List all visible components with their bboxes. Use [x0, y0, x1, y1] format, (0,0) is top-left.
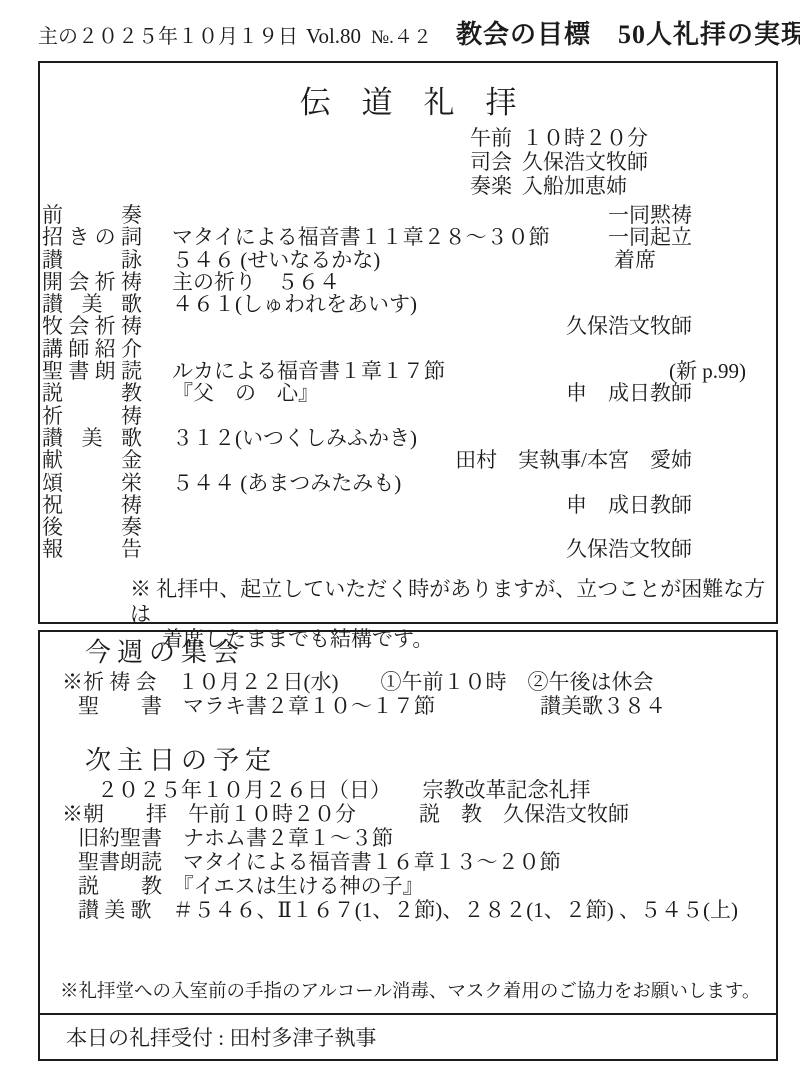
- program-item-content: 主の祈り ５６４: [172, 271, 692, 293]
- program-row: 報告久保浩文牧師: [40, 538, 776, 560]
- next-sunday-line: 讃 美 歌 ＃５４６、Ⅱ１６７(1、２節)、２８２(1、２節) 、５４５(上): [78, 898, 776, 922]
- program-item-content: [172, 338, 692, 360]
- program-item-label: 牧会祈祷: [42, 315, 142, 337]
- hygiene-note: ※礼拝堂への入室前の手指のアルコール消毒、マスク着用のご協力をお願いします。: [60, 977, 776, 1003]
- program-item-label: 献金: [42, 449, 142, 471]
- program-item-right: 一同黙祷: [608, 204, 776, 226]
- next-sunday-line: ２０２５年１０月２６日（日） 宗教改革記念礼拝: [97, 778, 776, 802]
- program-item-content: ５４４ (あまつみたみも): [172, 472, 692, 494]
- page-header: 主の２０２５年１０月１９日 Vol.80 №.４２ 教会の目標 50人礼拝の実現: [38, 14, 778, 51]
- program-item-content: ルカによる福音書１章１７節: [172, 360, 669, 382]
- program-row: 前奏一同黙祷: [40, 204, 776, 226]
- program-row: 讃詠５４６ (せいなるかな)着席: [40, 249, 776, 271]
- program-item-label: 報告: [42, 538, 142, 560]
- program-item-label: 開会祈祷: [42, 271, 142, 293]
- program-item-content: ３１２(いつくしみふかき): [172, 427, 692, 449]
- worship-info-label: 午前: [470, 126, 514, 150]
- program-item-label: 講師紹介: [42, 338, 142, 360]
- program-item-label: 前奏: [42, 204, 142, 226]
- this-week-line: 聖 書 マラキ書２章１０～１７節 讃美歌３８４: [78, 694, 776, 718]
- program-row: 招きの詞マタイによる福音書１１章２８～３０節一同起立: [40, 226, 776, 248]
- worship-info-value: １０時２０分: [522, 126, 648, 150]
- next-sunday-line: ※朝 拝 午前１０時２０分 説 教 久保浩文牧師: [62, 802, 776, 826]
- program-row: 牧会祈祷久保浩文牧師: [40, 315, 776, 337]
- program-item-label: 讃美歌: [42, 427, 142, 449]
- issue-date: 主の２０２５年１０月１９日: [38, 20, 298, 49]
- program-row: 開会祈祷主の祈り ５６４: [40, 271, 776, 293]
- program-item-right: [692, 427, 776, 449]
- announcements-box: 今週の集会 ※祈 祷 会 １０月２２日(水) ①午前１０時 ②午後は休会聖 書 …: [38, 630, 778, 1015]
- program-item-right: [692, 405, 776, 427]
- program-item-label: 後奏: [42, 516, 142, 538]
- program-item-label: 祈祷: [42, 405, 142, 427]
- program-item-right: 久保浩文牧師: [566, 538, 776, 560]
- worship-info-label: 司会: [470, 150, 514, 174]
- volume-number: Vol.80: [306, 24, 361, 49]
- worship-info-line: 司会久保浩文牧師: [470, 150, 776, 174]
- program-row: 講師紹介: [40, 338, 776, 360]
- this-week-lines: ※祈 祷 会 １０月２２日(水) ①午前１０時 ②午後は休会聖 書 マラキ書２章…: [40, 670, 776, 718]
- program-item-right: 田村 実執事/本宮 愛姉: [455, 449, 776, 471]
- program-row: 献金田村 実執事/本宮 愛姉: [40, 449, 776, 471]
- next-sunday-heading: 次主日の予定: [85, 744, 776, 778]
- next-sunday-line: 旧約聖書 ナホム書２章１～３節: [78, 826, 776, 850]
- program-item-content: [172, 494, 566, 516]
- program-item-right: [692, 516, 776, 538]
- program-item-right: 着席: [614, 249, 776, 271]
- program-item-right: 申 成日教師: [566, 382, 776, 404]
- worship-info-label: 奏楽: [470, 174, 514, 198]
- church-goal-slogan: 教会の目標 50人礼拝の実現: [456, 14, 800, 51]
- program-item-content: [172, 405, 692, 427]
- worship-info-value: 久保浩文牧師: [522, 150, 648, 174]
- program-item-right: 一同起立: [608, 226, 776, 248]
- program-item-right: [692, 472, 776, 494]
- worship-title: 伝 道 礼 拝: [40, 77, 776, 122]
- program-row: 後奏: [40, 516, 776, 538]
- worship-info-line: 午前１０時２０分: [470, 126, 776, 150]
- program-item-label: 説教: [42, 382, 142, 404]
- program-item-label: 頌栄: [42, 472, 142, 494]
- program-item-content: [172, 449, 455, 471]
- worship-info-list: 午前１０時２０分司会久保浩文牧師奏楽入船加恵姉: [40, 126, 776, 198]
- program-item-content: 『父 の 心』: [172, 382, 566, 404]
- program-item-content: [172, 538, 566, 560]
- program-item-right: [692, 271, 776, 293]
- this-week-heading: 今週の集会: [85, 636, 776, 670]
- program-item-right: [692, 293, 776, 315]
- program-row: 頌栄５４４ (あまつみたみも): [40, 472, 776, 494]
- program-item-right: 申 成日教師: [566, 494, 776, 516]
- program-row: 説教『父 の 心』申 成日教師: [40, 382, 776, 404]
- next-sunday-line: 説 教 『イエスは生ける神の子』: [78, 874, 776, 898]
- issue-number: №.４２: [371, 22, 432, 49]
- program-row: 聖書朗読ルカによる福音書１章１７節(新 p.99): [40, 360, 776, 382]
- worship-info-line: 奏楽入船加恵姉: [470, 174, 776, 198]
- spacer: [40, 922, 776, 977]
- worship-info-value: 入船加恵姉: [522, 174, 627, 198]
- program-item-content: [172, 204, 608, 226]
- program-item-label: 讃詠: [42, 249, 142, 271]
- program-item-label: 祝祷: [42, 494, 142, 516]
- program-row: 祈祷: [40, 405, 776, 427]
- reception-box: 本日の礼拝受付 : 田村多津子執事: [38, 1013, 778, 1061]
- program-item-label: 聖書朗読: [42, 360, 142, 382]
- standing-note-line1: ※ 礼拝中、起立していただく時がありますが、立つことが困難な方は: [130, 577, 776, 627]
- program-row: 讃美歌３１２(いつくしみふかき): [40, 427, 776, 449]
- program-list: 前奏一同黙祷招きの詞マタイによる福音書１１章２８～３０節一同起立讃詠５４６ (せ…: [40, 204, 776, 561]
- next-sunday-line: 聖書朗読 マタイによる福音書１６章１３～２０節: [78, 850, 776, 874]
- program-item-right: (新 p.99): [669, 360, 776, 382]
- reception-info: 本日の礼拝受付 : 田村多津子執事: [66, 1022, 376, 1052]
- program-item-right: [692, 338, 776, 360]
- program-item-content: ５４６ (せいなるかな): [172, 249, 614, 271]
- program-item-label: 招きの詞: [42, 226, 142, 248]
- program-item-content: マタイによる福音書１１章２８～３０節: [172, 226, 608, 248]
- program-row: 讃美歌４６１(しゅわれをあいす): [40, 293, 776, 315]
- this-week-line: ※祈 祷 会 １０月２２日(水) ①午前１０時 ②午後は休会: [62, 670, 776, 694]
- program-item-content: ４６１(しゅわれをあいす): [172, 293, 692, 315]
- worship-program-box: 伝 道 礼 拝 午前１０時２０分司会久保浩文牧師奏楽入船加恵姉 前奏一同黙祷招き…: [38, 61, 778, 624]
- program-item-right: 久保浩文牧師: [566, 315, 776, 337]
- program-item-content: [172, 315, 566, 337]
- program-row: 祝祷申 成日教師: [40, 494, 776, 516]
- program-item-content: [172, 516, 692, 538]
- program-item-label: 讃美歌: [42, 293, 142, 315]
- next-sunday-lines: ２０２５年１０月２６日（日） 宗教改革記念礼拝※朝 拝 午前１０時２０分 説 教…: [40, 778, 776, 922]
